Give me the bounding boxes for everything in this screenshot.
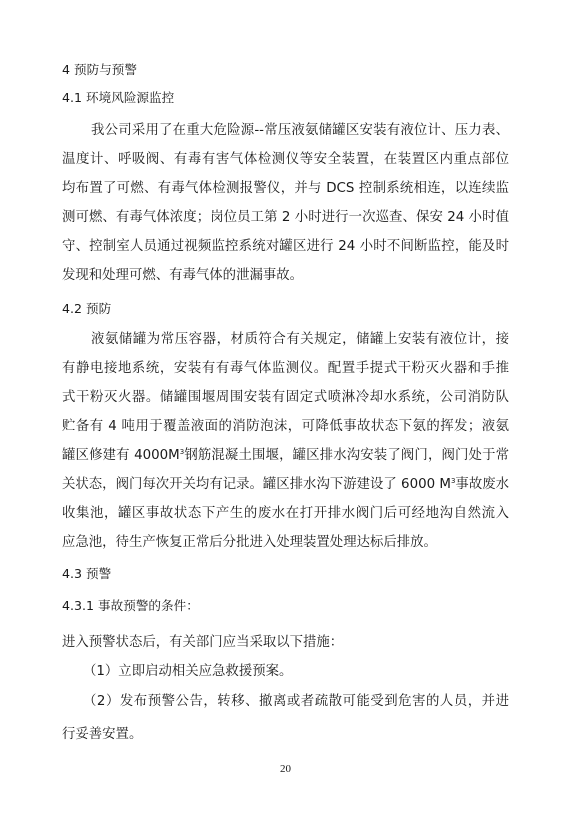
intro-text: 进入预警状态后，有关部门应当采取以下措施： bbox=[62, 635, 343, 651]
measure-item: （2）发布预警公告，转移、撤离或者疏散可能受到危害的人员，并进 bbox=[83, 694, 509, 710]
page-number: 20 bbox=[0, 763, 571, 775]
measure-item-continuation: 行妥善安置。 bbox=[62, 727, 142, 743]
line-with-superscript-2: 关状态，阀门每次开关均有记录。罐区排水沟下游建设了 6000 M3事故废水 bbox=[62, 477, 509, 493]
heading-4-2: 4.2 预防 bbox=[62, 301, 111, 317]
heading-4-3-1: 4.3.1 事故预警的条件： bbox=[62, 598, 199, 614]
line-with-superscript-1: 罐区修建有 4000M3钢筋混凝土围堰，罐区排水沟安装了阀门，阀门处于常 bbox=[62, 448, 509, 464]
heading-4-1: 4.1 环境风险源监控 bbox=[62, 90, 174, 106]
heading-4: 4 预防与预警 bbox=[62, 62, 137, 78]
heading-4-3: 4.3 预警 bbox=[62, 566, 111, 582]
measure-item: （1）立即启动相关应急救援预案。 bbox=[83, 664, 292, 680]
